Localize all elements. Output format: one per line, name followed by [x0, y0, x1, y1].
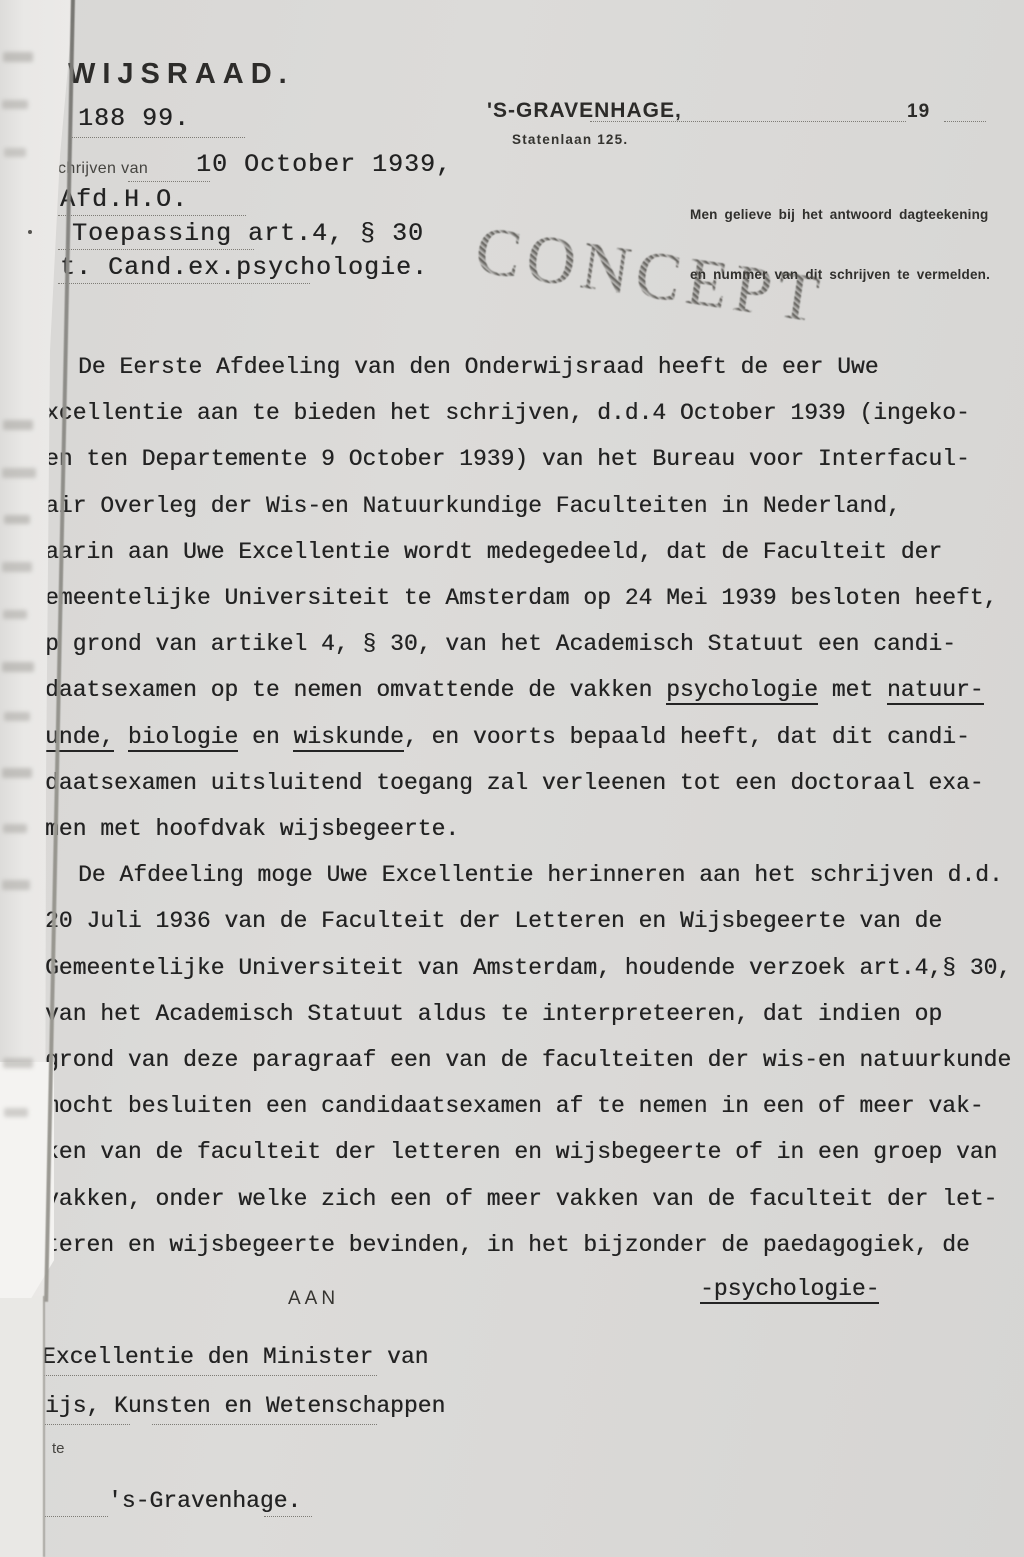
document-line: emeentelijke Universiteit te Amsterdam o…: [45, 575, 1020, 621]
document-line: Gemeentelijke Universiteit van Amsterdam…: [45, 945, 1020, 991]
addressee-city: 's-Gravenhage.: [108, 1488, 301, 1514]
document-line: 20 Juli 1936 van de Faculteit der Letter…: [45, 898, 1020, 944]
document-line: grond van deze paragraaf een van de facu…: [45, 1037, 1020, 1083]
letterhead-street: Statenlaan 125.: [512, 132, 628, 147]
subject-line-2: t. Cand.ex.psychologie.: [60, 253, 428, 282]
scanned-letter-page: WIJSRAAD. 188 99. chrijven van 10 Octobe…: [0, 0, 1024, 1557]
bottom-page-edge-line: [43, 1296, 45, 1557]
dotted-rule: [45, 1424, 130, 1425]
document-line: De Afdeeling moge Uwe Excellentie herinn…: [45, 852, 1020, 898]
dotted-rule: [128, 181, 210, 182]
addressee-line-1: Excellentie den Minister van: [42, 1344, 428, 1370]
document-line: vakken, onder welke zich een of meer vak…: [45, 1176, 1020, 1222]
dotted-rule: [42, 1375, 377, 1376]
letterhead-org-name: WIJSRAAD.: [68, 58, 294, 91]
document-line: ken van de faculteit der letteren en wij…: [45, 1129, 1020, 1175]
document-line: De Eerste Afdeeling van den Onderwijsraa…: [45, 344, 1020, 390]
aan-label: AAN: [288, 1288, 339, 1310]
document-line: aarin aan Uwe Excellentie wordt medegede…: [45, 529, 1020, 575]
reference-label: chrijven van: [58, 160, 148, 178]
document-body: De Eerste Afdeeling van den Onderwijsraa…: [45, 344, 1020, 1268]
dotted-rule: [70, 137, 245, 138]
document-line: van het Academisch Statuut aldus te inte…: [45, 991, 1020, 1037]
document-line: unde, biologie en wiskunde, en voorts be…: [45, 714, 1020, 760]
document-line: men met hoofdvak wijsbegeerte.: [45, 806, 1020, 852]
dotted-rule: [264, 1516, 312, 1517]
dotted-rule: [58, 283, 310, 284]
reply-notice-line-1: Men gelieve bij het antwoord dagteekenin…: [690, 205, 990, 225]
letter-number: 188 99.: [78, 104, 190, 133]
dotted-rule: [58, 249, 254, 250]
dotted-rule: [58, 215, 246, 216]
document-line: daatsexamen uitsluitend toegang zal verl…: [45, 760, 1020, 806]
document-line: xcellentie aan te bieden het schrijven, …: [45, 390, 1020, 436]
document-line: teren en wijsbegeerte bevinden, in het b…: [45, 1222, 1020, 1268]
department-line: Afd.H.O.: [60, 185, 188, 214]
te-label: te: [52, 1440, 65, 1457]
document-line: daatsexamen op te nemen omvattende de va…: [45, 667, 1020, 713]
continuation-word: -psychologie-: [700, 1276, 879, 1302]
document-line: en ten Departemente 9 October 1939) van …: [45, 436, 1020, 482]
document-line: air Overleg der Wis-en Natuurkundige Fac…: [45, 483, 1020, 529]
reference-date: 10 October 1939,: [196, 150, 452, 179]
document-line: p grond van artikel 4, § 30, van het Aca…: [45, 621, 1020, 667]
bottom-left-margin: [0, 1296, 44, 1557]
subject-line-1: Toepassing art.4, § 30: [72, 219, 424, 248]
letterhead-year-prefix: 19: [907, 101, 930, 123]
letterhead-city: 'S-GRAVENHAGE,: [487, 99, 682, 123]
addressee-line-2: ijs, Kunsten en Wetenschappen: [45, 1393, 445, 1419]
document-line: mocht besluiten een candidaatsexamen af …: [45, 1083, 1020, 1129]
dotted-rule: [944, 121, 986, 122]
dotted-rule: [36, 1516, 108, 1517]
dotted-rule: [152, 1424, 377, 1425]
